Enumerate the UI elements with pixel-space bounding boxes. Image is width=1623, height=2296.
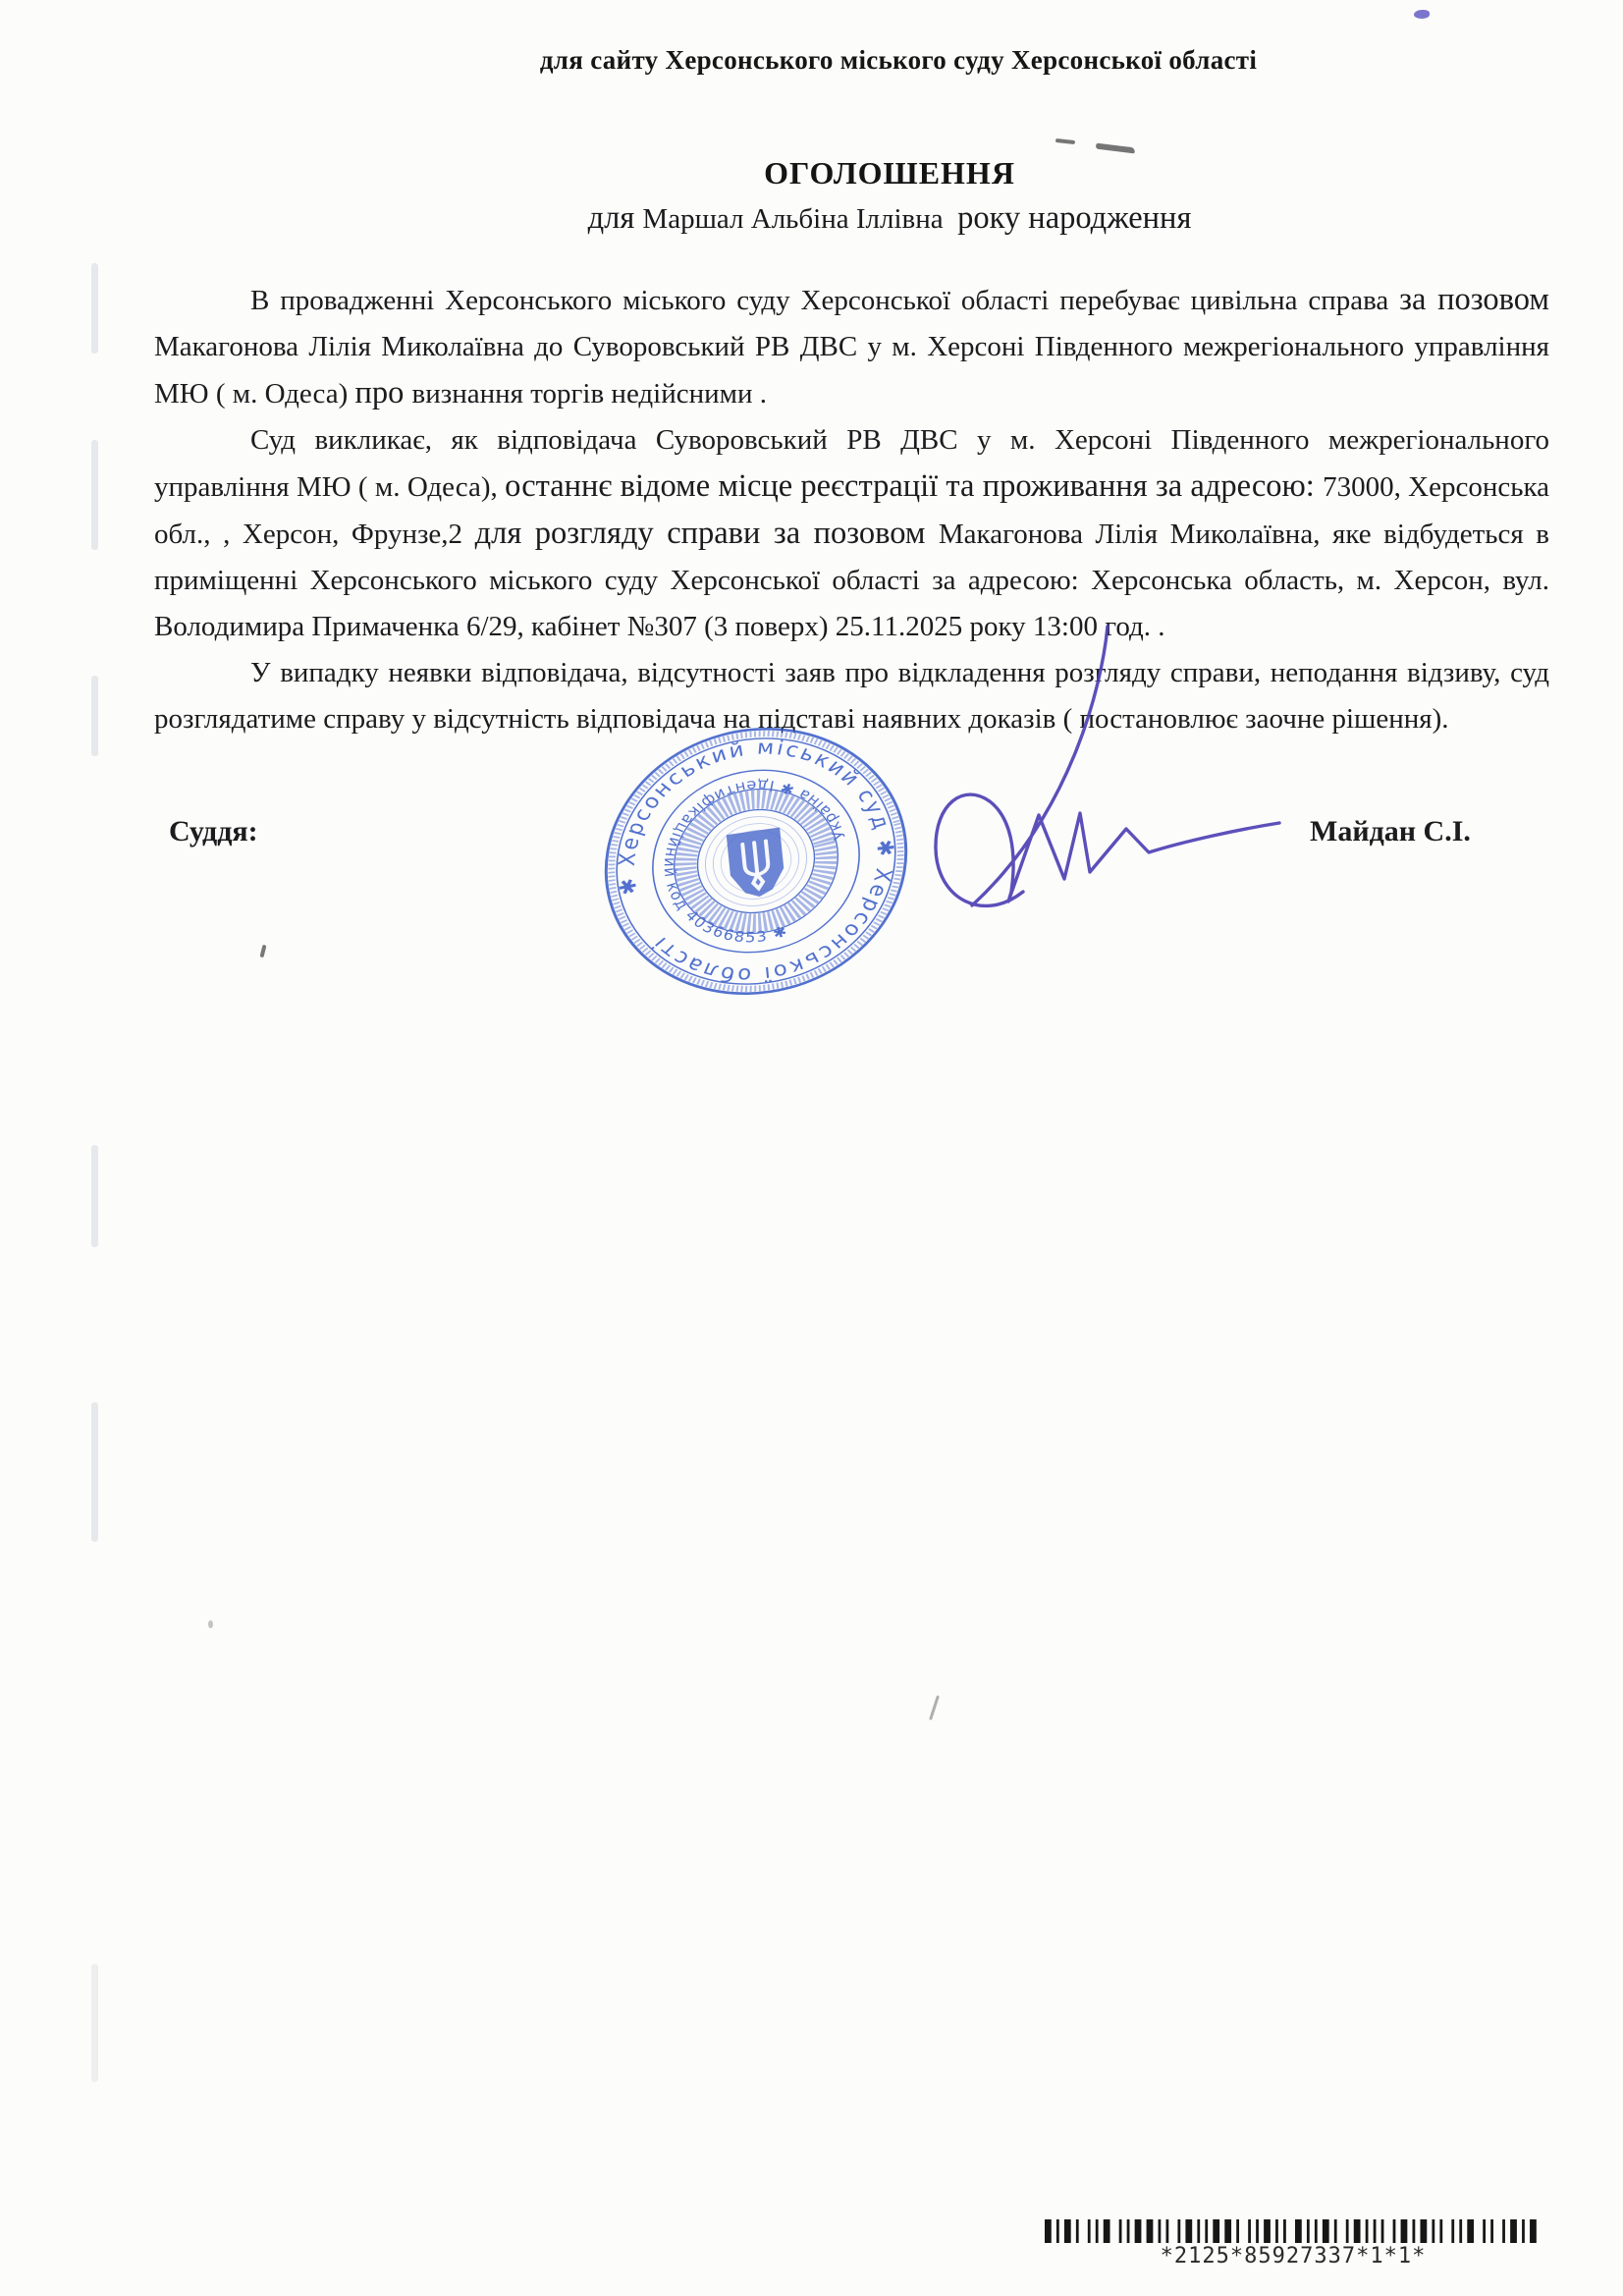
scan-edge-streak — [91, 1145, 98, 1247]
barcode-block: *2125*85927337*1*1* — [1045, 2219, 1542, 2269]
text-segment: року народження — [957, 200, 1191, 236]
court-stamp: ✱ Херсонський міський суд ✱ Херсонської … — [589, 694, 923, 1028]
paragraph: В провадженні Херсонського міського суду… — [154, 279, 1549, 419]
text-segment: за позовом — [1399, 282, 1549, 317]
text-segment: В провадженні Херсонського міського суду… — [250, 285, 1399, 316]
document-title: ОГОЛОШЕННЯ — [764, 155, 1015, 191]
scan-artifact-dash — [1055, 138, 1075, 144]
text-segment — [944, 203, 958, 235]
document-header-line: для сайту Херсонського міського суду Хер… — [540, 45, 1257, 76]
body-paragraphs: В провадженні Херсонського міського суду… — [154, 279, 1549, 744]
judge-label: Суддя: — [169, 815, 258, 848]
text-segment: для — [588, 200, 643, 236]
scan-artifact-slash — [929, 1695, 940, 1721]
barcode — [1045, 2219, 1542, 2243]
barcode-text: *2125*85927337*1*1* — [1045, 2244, 1542, 2269]
judge-signature-ink — [903, 609, 1306, 943]
text-segment: останнє відоме місце реєстрації та прожи… — [505, 468, 1323, 504]
paragraph: Суд викликає, як відповідача Суворовськи… — [154, 419, 1549, 652]
scan-artifact-ink-dot — [1414, 10, 1430, 19]
scan-artifact-tick — [259, 945, 266, 958]
scan-artifact-smudge — [1096, 143, 1135, 154]
text-segment: визнання торгів недійсними . — [412, 378, 768, 410]
scan-edge-streak — [91, 676, 98, 756]
scanned-court-document: для сайту Херсонського міського суду Хер… — [0, 0, 1623, 2296]
text-segment: для розгляду справи за позовом — [475, 516, 939, 551]
scan-edge-streak — [91, 263, 98, 354]
scan-edge-streak — [91, 1402, 98, 1542]
text-segment: Маршал Альбіна Іллівна — [642, 203, 943, 235]
scan-edge-streak — [91, 1964, 98, 2082]
document-subtitle: для Маршал Альбіна Іллівна року народжен… — [588, 200, 1192, 237]
text-segment: про — [355, 375, 412, 410]
scan-edge-streak — [91, 440, 98, 550]
judge-name: Майдан С.І. — [1310, 815, 1471, 848]
scan-artifact-dot — [208, 1620, 213, 1628]
